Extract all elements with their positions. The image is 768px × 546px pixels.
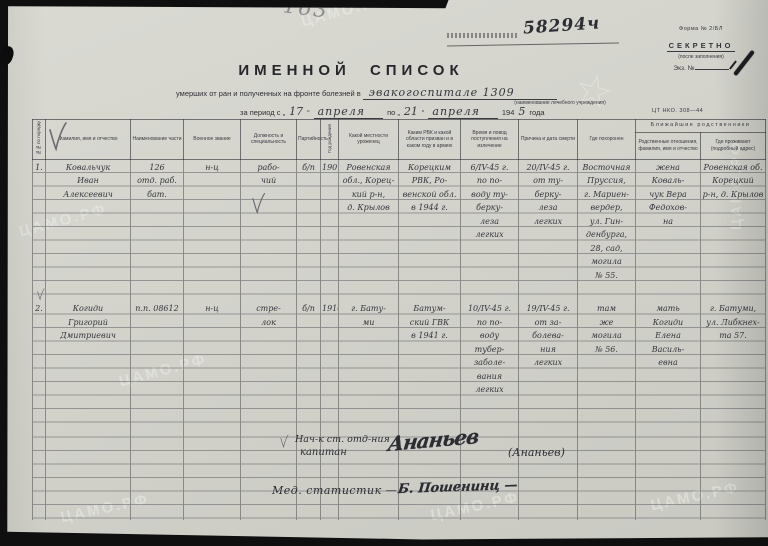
form-number: Форма № 2/БЛ (640, 26, 762, 32)
table-cell: б/п (297, 159, 321, 301)
table-cell: Когиди Григорий Дмитриевич (46, 301, 131, 424)
table-cell: б/п (297, 301, 321, 424)
column-header-relative-address: Где проживают (подробный адрес) (701, 133, 766, 160)
table-cell: 1907 (321, 159, 339, 301)
table-cell: 20/IV-45 г. от ту- берку- леза легких (519, 159, 578, 301)
signature-rank-1: капитан (300, 447, 347, 458)
casualty-list-table: №№ по порядку Фамилия, имя и отчество На… (32, 119, 766, 520)
table-cell: 126 отд. раб. бат. (131, 159, 184, 301)
column-header-label: №№ по порядку (36, 121, 42, 155)
column-header-burial-place: Где похоронен (578, 120, 636, 160)
table-cell: 6/IV-45 г. по по- воду ту- берку- леза л… (461, 159, 519, 301)
table-cell: Ковальчук Иван Алексеевич (46, 159, 131, 301)
table-cell: н-ц (184, 301, 241, 424)
incoming-stamp: 58294ч (447, 22, 627, 52)
table-cell: г. Батуми, ул. Либкнех- та 57. (701, 301, 766, 424)
signature-role-1: Нач-к ст. отд-ния (295, 434, 390, 445)
signature-role-2: Мед. статистик — (272, 484, 397, 497)
table-cell: 10/IV-45 г. по по- воду тубер- заболе- в… (461, 301, 519, 424)
table-cell: Восточная Пруссия, г. Мариен- вердер, ул… (578, 159, 636, 301)
period-year-handwritten: 5 (518, 105, 525, 118)
table-cell: там же могила № 56. (578, 301, 636, 424)
column-header-unit: Наименование части (131, 120, 184, 160)
signature-name-1: (Ананьев) (508, 446, 565, 459)
column-header-position: Должность и специальность (241, 120, 297, 160)
table-cell: 1. (33, 159, 46, 301)
period-line: за период с „17“апреляпо „21“апреля1945г… (240, 105, 545, 119)
table-cell: 1910 (321, 301, 339, 424)
column-header-label: Год рождения (327, 124, 333, 153)
column-header-relative-name: Родственные отношения, фамилия, имя и от… (636, 133, 701, 160)
table-cell: 2. (33, 301, 46, 424)
hospital-name-handwritten: эвакогоспитале 1309 (363, 86, 557, 100)
table-cell: Ровенская обл., Корец- кий р-н, д. Крыло… (339, 159, 399, 301)
table-cell: стре- лок (241, 301, 297, 424)
table-cell: Батум- ский ГВК в 1941 г. (399, 301, 461, 424)
period-year-suffix: года (529, 108, 544, 117)
subtitle-printed: умерших от ран и полученных на фронте бо… (176, 89, 361, 98)
period-year-printed: 194 (502, 108, 515, 117)
table-cell: жена Коваль- чук Вера Федохов- на (636, 159, 701, 301)
print-shop-code: ЦТ НКО. 308—44 (652, 108, 703, 114)
period-from-month: апреля (314, 105, 383, 119)
column-header-party: Партийность (297, 120, 321, 160)
table-cell: Ровенская об. Корецкий р-н, д. Крылов (701, 159, 766, 301)
page-number: 163 (282, 0, 331, 23)
incoming-number: 58294ч (522, 13, 601, 38)
table-cell: мать Когиди Елена Василь- евна (636, 301, 701, 424)
column-header-drafted-by: Каким РВК и какой области призван и в ка… (399, 120, 461, 160)
stamp-underline (447, 42, 619, 46)
column-group-relatives: Ближайшие родственники (636, 120, 766, 133)
column-header-number: №№ по порядку (33, 120, 46, 160)
table-row: 1. Ковальчук Иван Алексеевич 126 отд. ра… (33, 159, 766, 301)
period-from-day: 17 (289, 105, 303, 118)
subtitle-line: умерших от ран и полученных на фронте бо… (176, 86, 557, 99)
column-header-birthplace: Какой местности уроженец (339, 120, 399, 160)
period-printed: за период с „ (240, 108, 285, 117)
period-printed: по „ (387, 108, 400, 117)
secret-label: СЕКРЕТНО (667, 41, 736, 52)
document-title: ИМЕННОЙ СПИСОК (0, 62, 702, 79)
column-header-admission: Время и повод поступления на излечение (461, 120, 519, 160)
table-cell: г. Бату- ми (339, 301, 399, 424)
column-header-name: Фамилия, имя и отчество (46, 120, 131, 160)
table-cell: Корецким РВК, Ро- венской обл. в 1944 г. (399, 159, 461, 301)
table-row: 2. Когиди Григорий Дмитриевич п.п. 08612… (33, 301, 766, 424)
table-cell: рабо- чий (241, 159, 297, 301)
period-quote: “ (307, 108, 310, 117)
table-cell: п.п. 08612 (131, 301, 184, 424)
table-cell: 19/IV-45 г. от за- болева- ния легких (519, 301, 578, 424)
document-paper: ЦАМО.РФ ЦАМО.РФ ЦАМО.РФ ЦАМО.РФ ЦАМО.РФ … (0, 0, 768, 546)
period-to-day: 21 (404, 105, 418, 118)
table-cell: н-ц (184, 159, 241, 301)
column-header-death-cause: Причина и дата смерти (519, 120, 578, 160)
stamp-illegible-text (447, 33, 519, 38)
period-quote: “ (422, 108, 425, 117)
scan-background: ЦАМО.РФ ЦАМО.РФ ЦАМО.РФ ЦАМО.РФ ЦАМО.РФ … (0, 0, 768, 546)
column-header-rank: Военное звание (184, 120, 241, 160)
period-to-month: апреля (428, 105, 497, 119)
